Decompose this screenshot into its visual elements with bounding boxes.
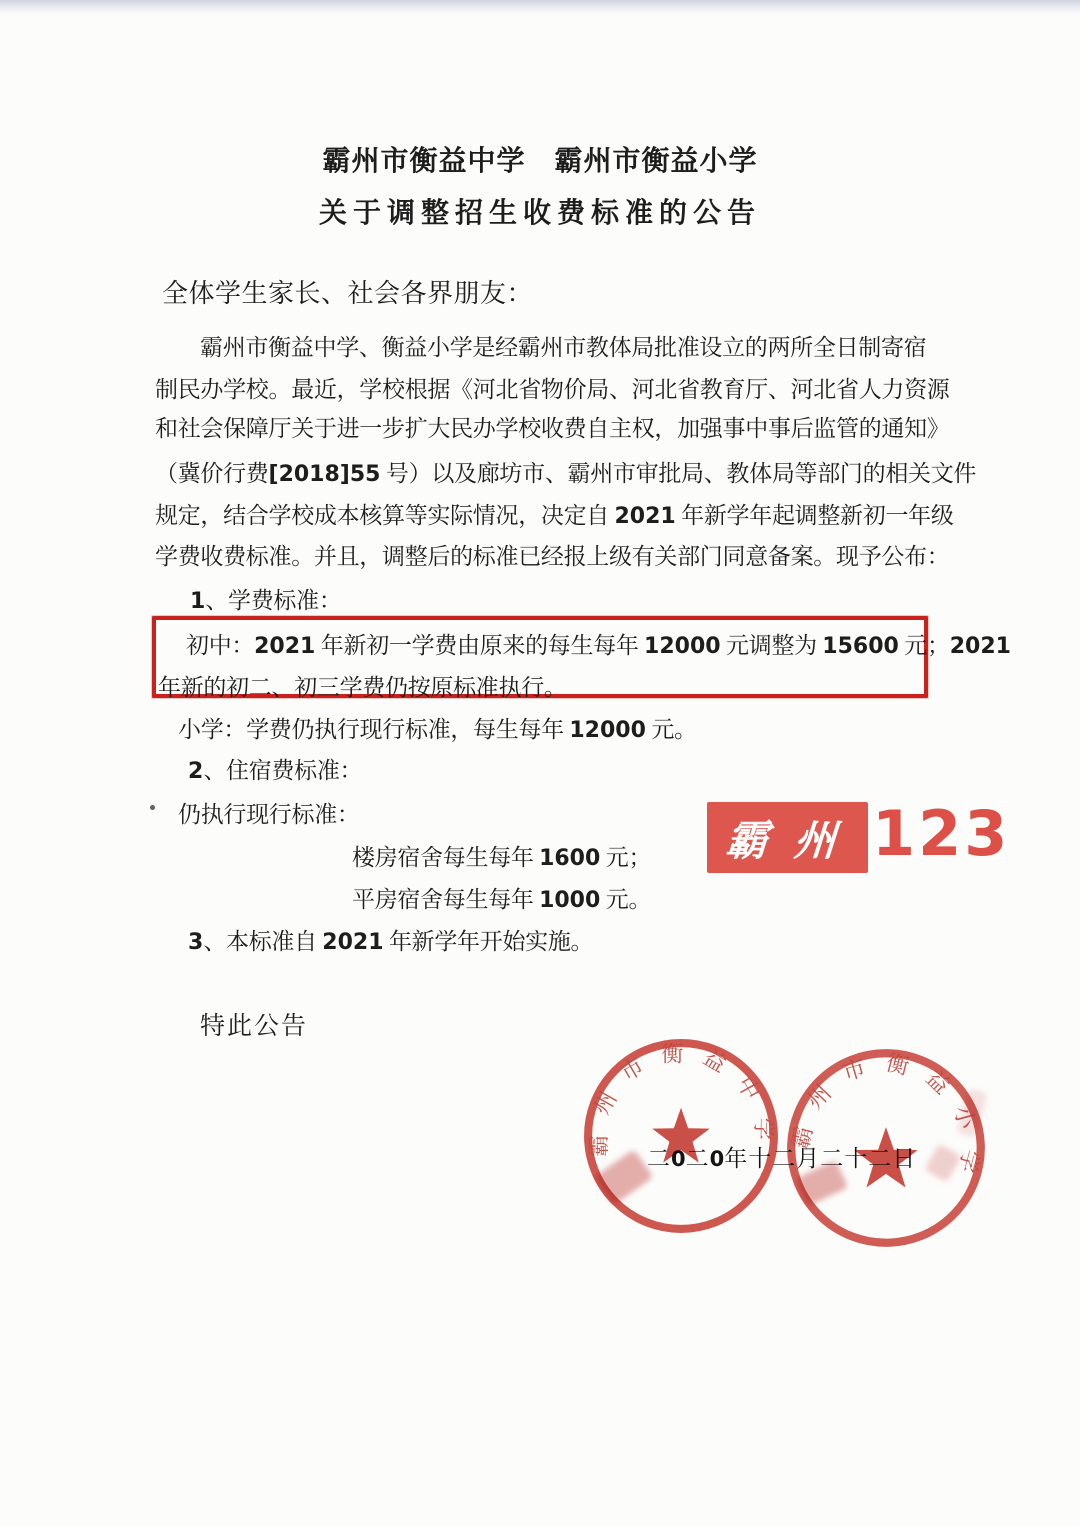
primary-fee-unit: 元。	[646, 717, 697, 742]
intro-line-4-text: （冀价行费	[155, 461, 269, 486]
old-fee-12000: 12000	[644, 634, 721, 659]
document-title-schools: 霸州市衡益中学 霸州市衡益小学	[0, 139, 1080, 179]
new-fee-15600: 15600	[822, 634, 899, 659]
dorm-bungalow-1000: 1000	[539, 888, 600, 913]
section1-title: 、学费标准：	[205, 588, 341, 613]
watermark-number: 123	[872, 797, 1010, 870]
watermark-brand-badge: 霸州	[707, 802, 868, 873]
fee-text-c: 元；	[899, 633, 950, 658]
fee-text-b: 元调整为	[721, 633, 823, 658]
section2-title: 、住宿费标准：	[203, 758, 362, 783]
watermark-brand-text: 霸州	[711, 808, 864, 868]
intro-line-5: 规定，结合学校成本核算等实际情况，决定自 2021 年新学年起调整新初一年级	[155, 497, 954, 530]
junior-label: 初中：	[186, 633, 254, 658]
date-char: 二	[647, 1146, 671, 1171]
dorm-building-fee-line: 楼房宿舍每生每年 1600 元；	[352, 839, 651, 872]
date-char: 二	[686, 1146, 710, 1171]
intro-line-2: 制民办学校。最近，学校根据《河北省物价局、河北省教育厅、河北省人力资源	[155, 371, 950, 404]
dorm-bungalow-unit: 元。	[600, 887, 651, 912]
year-2021: 2021	[614, 504, 675, 529]
stray-ink-dot	[150, 805, 155, 810]
junior-high-fee-line-1: 初中：2021 年新初一学费由原来的每生每年 12000 元调整为 15600 …	[186, 627, 1011, 660]
dorm-building-1600: 1600	[539, 846, 600, 871]
primary-fee-text: 小学：学费仍执行现行标准，每生每年	[178, 717, 569, 742]
section3-line: 3、本标准自 2021 年新学年开始实施。	[188, 923, 593, 956]
primary-school-fee-line: 小学：学费仍执行现行标准，每生每年 12000 元。	[178, 711, 697, 744]
section1-number: 1	[190, 589, 205, 614]
date-zero: 0	[671, 1147, 686, 1171]
fee-text-a: 年新初一学费由原来的每生每年	[315, 633, 644, 658]
closing-announcement: 特此公告	[200, 1006, 308, 1042]
section1-heading: 1、学费标准：	[190, 582, 342, 615]
scanned-notice-page: 霸州市衡益中学 霸州市衡益小学 关于调整招生收费标准的公告 全体学生家长、社会各…	[0, 0, 1080, 1526]
intro-line-5-text2: 年新学年起调整新初一年级	[676, 503, 954, 528]
junior-high-fee-line-2: 年新的初二、初三学费仍按原标准执行。	[158, 669, 567, 702]
dorm-bungalow-text: 平房宿舍每生每年	[352, 887, 539, 912]
intro-line-6: 学费收费标准。并且，调整后的标准已经报上级有关部门同意备案。现予公布：	[155, 538, 950, 571]
primary-fee-12000: 12000	[569, 718, 646, 743]
dorm-bungalow-fee-line: 平房宿舍每生每年 1000 元。	[352, 881, 651, 914]
issue-date: 二0二0年十二月二十二日	[647, 1140, 916, 1173]
scan-edge-artifact	[0, 0, 1080, 14]
intro-line-4-text2: 号）以及廊坊市、霸州市审批局、教体局等部门的相关文件	[380, 461, 976, 486]
intro-line-3: 和社会保障厅关于进一步扩大民办学校收费自主权，加强事中事后监管的通知》	[155, 410, 950, 443]
date-rest: 年十二月二十二日	[724, 1146, 916, 1171]
intro-line-4: （冀价行费[2018]55 号）以及廊坊市、霸州市审批局、教体局等部门的相关文件	[155, 455, 976, 488]
year-2021-b: 2021	[950, 634, 1011, 659]
section2-number: 2	[188, 759, 203, 784]
current-standard-line: 仍执行现行标准：	[178, 796, 360, 829]
dorm-building-unit: 元；	[600, 845, 651, 870]
intro-line-1: 霸州市衡益中学、衡益小学是经霸州市教体局批准设立的两所全日制寄宿	[200, 329, 926, 362]
salutation: 全体学生家长、社会各界朋友：	[162, 273, 533, 310]
date-zero: 0	[710, 1147, 725, 1171]
year-2021-a: 2021	[254, 634, 315, 659]
school-seal-middle-school: 霸州市衡益中学	[580, 1035, 782, 1237]
document-title-notice: 关于调整招生收费标准的公告	[0, 191, 1080, 231]
section2-heading: 2、住宿费标准：	[188, 752, 362, 785]
section3-text-a: 、本标准自	[203, 929, 322, 954]
section3-number: 3	[188, 930, 203, 955]
intro-line-5-text: 规定，结合学校成本核算等实际情况，决定自	[155, 503, 614, 528]
section3-text-b: 年新学年开始实施。	[384, 929, 594, 954]
section3-year: 2021	[322, 930, 383, 955]
doc-number: [2018]55	[269, 462, 381, 487]
dorm-building-text: 楼房宿舍每生每年	[352, 845, 539, 870]
